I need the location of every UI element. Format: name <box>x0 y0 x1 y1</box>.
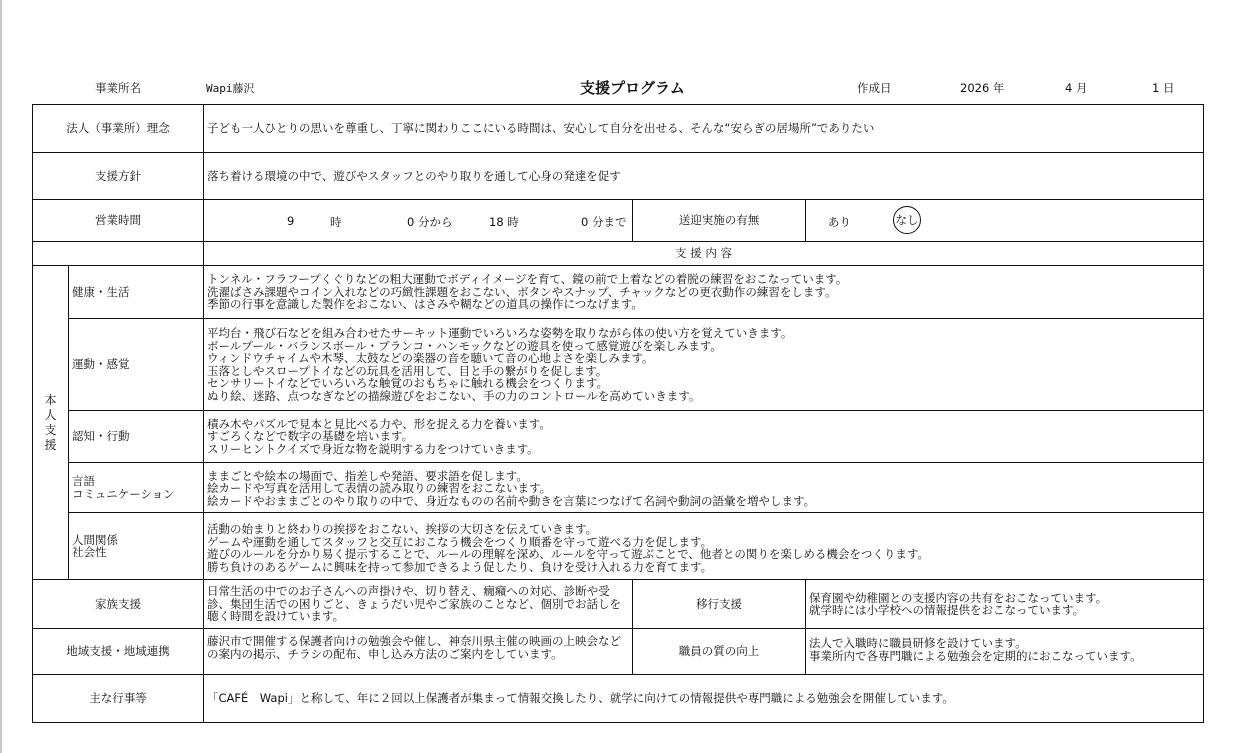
content-line: 活動の始まりと終わりの挨拶をおこない、挨拶の大切さを伝えていきます。 <box>207 523 929 536</box>
content-line: ウィンドウチャイムや木琴、太鼓などの楽器の音を聴いて音の心地よさを楽しみます。 <box>207 352 792 365</box>
blank-label-cell <box>32 241 204 266</box>
content-line: 絵カードやおままごとのやり取りの中で、身近なものの名前や動きを言葉につなげて名詞… <box>207 495 815 508</box>
area-label-social: 人間関係 社会性 <box>68 512 204 580</box>
content-line: 平均台・飛び石などを組み合わせたサーキット運動でいろいろな姿勢を取りながら体の使… <box>207 327 792 340</box>
label-char: 本 <box>44 393 56 408</box>
page-title: 支援プログラム <box>580 77 685 98</box>
area-content-cognition: 積み木やパズルで見本と見比べる力や、形を捉える力を養います。 すごろくなどで数字… <box>203 410 1204 463</box>
content-line: 事業所内で各専門職による勉強会を定期的におこなっています。 <box>809 650 1142 663</box>
transport-options-cell <box>805 199 1204 242</box>
philosophy-label: 法人（事業所）理念 <box>32 104 204 153</box>
end-minute: 0 分まで <box>581 214 626 230</box>
staff-quality-label: 職員の質の向上 <box>632 628 806 675</box>
family-support-content: 日常生活の中でのお子さんへの声掛けや、切り替え、癇癪への対応、診断や受 診、集団… <box>203 579 633 629</box>
area-content-motor: 平均台・飛び石などを組み合わせたサーキット運動でいろいろな姿勢を取りながら体の使… <box>203 318 1204 411</box>
content-line: スリーヒントクイズで身近な物を説明する力をつけていきます。 <box>207 443 551 456</box>
policy-text: 落ち着ける環境の中で、遊びやスタッフとのやり取りを通して心身の発達を促す <box>203 152 1204 200</box>
page-edge <box>0 0 2 753</box>
community-support-label: 地域支援・地域連携 <box>32 628 204 675</box>
area-content-health: トンネル・フラフープくぐりなどの粗大運動でボディイメージを育て、鏡の前で上着など… <box>203 265 1204 319</box>
content-line: トンネル・フラフープくぐりなどの粗大運動でボディイメージを育て、鏡の前で上着など… <box>207 273 847 286</box>
content-line: 季節の行事を意識した製作をおこない、はさみや糊などの道具の操作につなげます。 <box>207 298 847 311</box>
area-content-social: 活動の始まりと終わりの挨拶をおこない、挨拶の大切さを伝えていきます。 ゲームや運… <box>203 512 1204 580</box>
label-char: 援 <box>44 438 56 453</box>
area-label-motor: 運動・感覚 <box>68 318 204 411</box>
start-hour: 9 <box>287 214 294 228</box>
transport-no-label: なし <box>896 212 919 228</box>
end-hour: 18 時 <box>489 214 519 230</box>
content-line: すごろくなどで数字の基礎を培います。 <box>207 430 551 443</box>
content-line: 就学時には小学校への情報提供をおこなっています。 <box>809 604 1107 617</box>
hour-unit: 時 <box>330 214 342 230</box>
hours-label: 営業時間 <box>32 199 204 242</box>
events-text: 「CAFÉ Wapi」と称して、年に２回以上保護者が集まって情報交換したり、就学… <box>203 674 1204 723</box>
area-label-cognition: 認知・行動 <box>68 410 204 463</box>
label-char: 支 <box>44 423 56 438</box>
content-line: 法人で入職時に職員研修を設けています。 <box>809 637 1142 650</box>
content-line: の案内の掲示、チラシの配布、申し込み方法のご案内をしています。 <box>207 648 621 661</box>
content-line: 絵カードや写真を活用して表情の読み取りの練習をおこないます。 <box>207 482 815 495</box>
created-day: 1 日 <box>1152 80 1174 96</box>
content-line: 藤沢市で開催する保護者向けの勉強会や催し、神奈川県主催の映画の上映会など <box>207 635 621 648</box>
office-name: Wapi藤沢 <box>206 80 255 96</box>
start-minute: 0 分から <box>407 214 452 230</box>
family-support-label: 家族支援 <box>32 579 204 629</box>
created-month: 4 月 <box>1065 80 1087 96</box>
area-label-health: 健康・生活 <box>68 265 204 319</box>
label-char: 人 <box>44 408 56 423</box>
transition-support-content: 保育園や幼稚園との支援内容の共有をおこなっています。 就学時には小学校への情報提… <box>805 579 1204 629</box>
content-line: ぬり絵、迷路、点つなぎなどの描線遊びをおこない、手の力のコントロールを高めていき… <box>207 390 792 403</box>
philosophy-text: 子ども一人ひとりの思いを尊重し、丁寧に関わりここにいる時間は、安心して自分を出せ… <box>203 104 1204 153</box>
community-support-content: 藤沢市で開催する保護者向けの勉強会や催し、神奈川県主催の映画の上映会など の案内… <box>203 628 633 675</box>
content-line: 日常生活の中でのお子さんへの声掛けや、切り替え、癇癪への対応、診断や受 <box>207 585 621 598</box>
transport-label: 送迎実施の有無 <box>632 199 806 242</box>
support-content-header: 支 援 内 容 <box>203 241 1204 266</box>
policy-label: 支援方針 <box>32 152 204 200</box>
content-line: 遊びのルールを分かり易く提示することで、ルールの理解を深め、ルールを守って遊ぶこ… <box>207 548 929 561</box>
created-date-label: 作成日 <box>857 80 892 96</box>
content-line: 聴く時間を設けています。 <box>207 610 621 623</box>
content-line: センサリートイなどでいろいろな触覚のおもちゃに触れる機会をつくります。 <box>207 377 792 390</box>
events-label: 主な行事等 <box>32 674 204 723</box>
area-content-language: ままごとや絵本の場面で、指差しや発語、要求語を促します。 絵カードや写真を活用し… <box>203 462 1204 513</box>
office-label: 事業所名 <box>95 80 141 96</box>
personal-support-label: 本 人 支 援 <box>32 265 69 580</box>
content-line: 勝ち負けのあるゲームに興味を持って参加できるよう促したり、負けを受け入れる力を育… <box>207 561 929 574</box>
transition-support-label: 移行支援 <box>632 579 806 629</box>
staff-quality-content: 法人で入職時に職員研修を設けています。 事業所内で各専門職による勉強会を定期的に… <box>805 628 1204 675</box>
area-label-language: 言語 コミュニケーション <box>68 462 204 513</box>
created-year: 2026 年 <box>960 80 1004 96</box>
transport-no-option-selected[interactable]: なし <box>893 206 921 234</box>
transport-yes-option[interactable]: あり <box>828 214 851 230</box>
